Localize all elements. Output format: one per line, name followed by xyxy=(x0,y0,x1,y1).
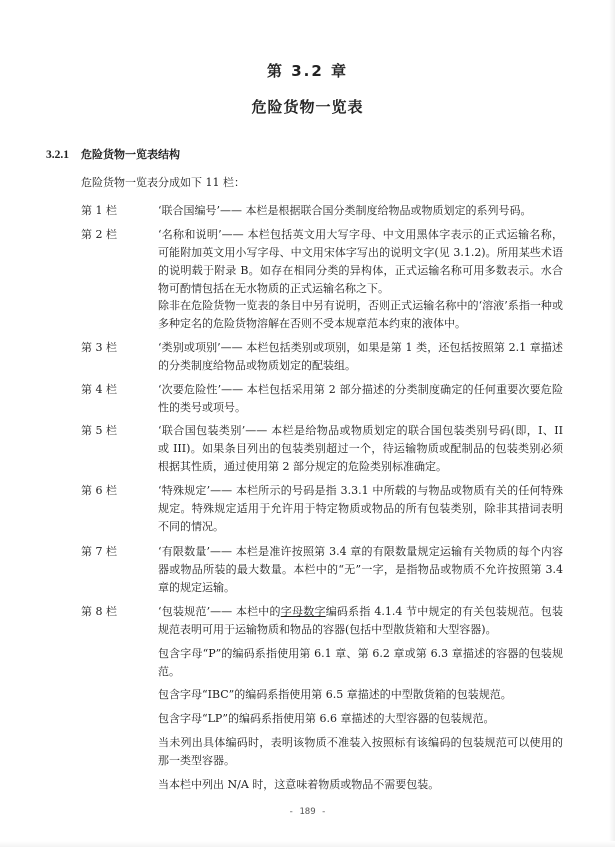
column-description: ‘联合国包装类别’—— 本栏是给物品或物质划定的联合国包装类别号码(即，I、II… xyxy=(158,422,563,476)
column-description: ‘名称和说明’—— 本栏包括英文用大写字母、中文用黑体字表示的正式运输名称，可能… xyxy=(158,226,563,298)
code-p-note: 包含字母“P”的编码系指使用第 6.1 章、第 6.2 章或第 6.3 章描述的… xyxy=(158,645,563,681)
column-entry-4: 第 4 栏 ‘次要危险性’—— 本栏包括采用第 2 部分描述的分类制度确定的任何… xyxy=(81,381,561,417)
column-description: ‘包装规范’—— 本栏中的字母数字编码系指 4.1.4 节中规定的有关包装规范。… xyxy=(158,603,563,639)
column-description: ‘次要危险性’—— 本栏包括采用第 2 部分描述的分类制度确定的任何重要次要危险… xyxy=(158,381,563,417)
column-label: 第 3 栏 xyxy=(81,339,141,357)
text-before: ‘包装规范’—— 本栏中的 xyxy=(158,605,281,618)
code-lp-note: 包含字母“LP”的编码系指使用第 6.6 章描述的大型容器的包装规范。 xyxy=(158,710,563,728)
section-title: 危险货物一览表结构 xyxy=(81,148,180,161)
column-description: ‘特殊规定’—— 本栏所示的号码是指 3.3.1 中所载的与物品或物质有关的任何… xyxy=(158,482,563,536)
page-edge-shadow xyxy=(609,0,615,847)
solution-note: 除非在危险货物一览表的条目中另有说明，否则正式运输名称中的‘溶液’系指一种或多种… xyxy=(158,297,563,333)
column-description: ‘类别或项别’—— 本栏包括类别或项别，如果是第 1 类，还包括按照第 2.1 … xyxy=(158,339,563,375)
page-bottom-shadow xyxy=(0,841,615,847)
chapter-subtitle: 危险货物一览表 xyxy=(0,96,615,117)
page-number: - 189 - xyxy=(0,807,615,817)
section-heading: 3.2.1危险货物一览表结构 xyxy=(46,146,180,162)
column-description: ‘联合国编号’—— 本栏是根据联合国分类制度给物品或物质划定的系列号码。 xyxy=(158,202,563,220)
column-entry-1: 第 1 栏 ‘联合国编号’—— 本栏是根据联合国分类制度给物品或物质划定的系列号… xyxy=(81,202,561,220)
intro-text: 危险货物一览表分成如下 11 栏： xyxy=(81,174,245,190)
column-entry-7: 第 7 栏 ‘有限数量’—— 本栏是准许按照第 3.4 章的有限数量规定运输有关… xyxy=(81,543,561,597)
column-entry-8: 第 8 栏 ‘包装规范’—— 本栏中的字母数字编码系指 4.1.4 节中规定的有… xyxy=(81,603,561,639)
underlined-term: 字母数字 xyxy=(281,605,326,618)
code-ibc-note: 包含字母“IBC”的编码系指使用第 6.5 章描述的中型散货箱的包装规范。 xyxy=(158,686,563,704)
na-note: 当本栏中列出 N/A 时，这意味着物质或物品不需要包装。 xyxy=(158,776,563,794)
column-label: 第 4 栏 xyxy=(81,381,141,399)
column-label: 第 2 栏 xyxy=(81,226,141,244)
column-description: ‘有限数量’—— 本栏是准许按照第 3.4 章的有限数量规定运输有关物质的每个内… xyxy=(158,543,563,597)
column-label: 第 1 栏 xyxy=(81,202,141,220)
column-label: 第 6 栏 xyxy=(81,482,141,500)
column-entry-6: 第 6 栏 ‘特殊规定’—— 本栏所示的号码是指 3.3.1 中所载的与物品或物… xyxy=(81,482,561,536)
chapter-title: 第 3.2 章 xyxy=(0,60,615,81)
column-label: 第 5 栏 xyxy=(81,422,141,440)
no-code-note: 当未列出具体编码时，表明该物质不准装入按照标有该编码的包装规范可以使用的那一类型… xyxy=(158,734,563,770)
column-entry-2: 第 2 栏 ‘名称和说明’—— 本栏包括英文用大写字母、中文用黑体字表示的正式运… xyxy=(81,226,561,298)
column-label: 第 8 栏 xyxy=(81,603,141,621)
column-entry-3: 第 3 栏 ‘类别或项别’—— 本栏包括类别或项别，如果是第 1 类，还包括按照… xyxy=(81,339,561,375)
column-label: 第 7 栏 xyxy=(81,543,141,561)
section-number: 3.2.1 xyxy=(46,149,69,161)
column-entry-5: 第 5 栏 ‘联合国包装类别’—— 本栏是给物品或物质划定的联合国包装类别号码(… xyxy=(81,422,561,476)
